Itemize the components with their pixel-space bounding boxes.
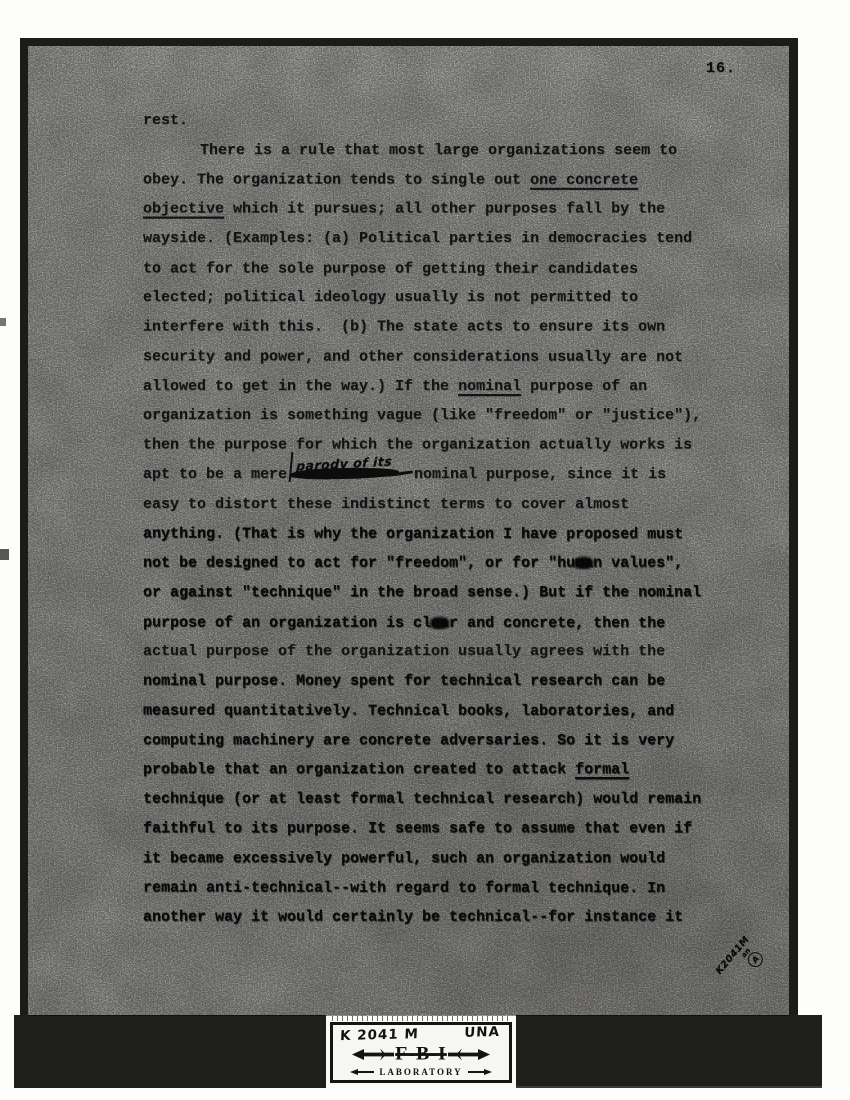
text-line: probable that an organization created to…	[143, 755, 723, 785]
scan-edge-mark	[0, 318, 6, 326]
text-line: organization is something vague (like "f…	[143, 401, 723, 431]
underlined-text: nominal	[458, 378, 521, 395]
stamp-specimen-id: K 2041 M UNA	[336, 1024, 507, 1044]
text-line: There is a rule that most large organiza…	[143, 136, 723, 166]
arrow-right-icon	[448, 1047, 490, 1062]
laboratory-text: LABORATORY	[379, 1067, 462, 1077]
text-line: elected; political ideology usually is n…	[143, 283, 723, 313]
small-arrow-left-icon	[350, 1068, 374, 1076]
text-line: not be designed to act for "freedom", or…	[143, 548, 723, 578]
stamp-id-left: K 2041 M	[340, 1026, 420, 1044]
text-segment: then the purpose for which the organizat…	[143, 436, 692, 453]
text-line: technique (or at least formal technical …	[143, 784, 723, 814]
ink-blotted-text: ma	[575, 554, 593, 571]
text-line: interfere with this. (b) The state acts …	[143, 312, 723, 342]
text-segment: allowed to get in the way.) If the	[143, 378, 458, 395]
text-line: obey. The organization tends to single o…	[143, 165, 723, 195]
text-line: then the purpose for which the organizat…	[143, 430, 723, 460]
text-segment: apt to be a mere	[143, 466, 287, 483]
text-line: security and power, and other considerat…	[143, 342, 723, 372]
text-line: purpose of an organization is clear and …	[143, 608, 723, 638]
text-segment: another way it would certainly be techni…	[143, 908, 683, 925]
underlined-text: formal	[575, 761, 629, 778]
text-segment: easy to distort these indistinct terms t…	[143, 496, 629, 513]
text-segment: elected; political ideology usually is n…	[143, 289, 638, 306]
text-line: computing machinery are concrete adversa…	[143, 726, 723, 756]
scanned-page-frame: 16. rest.There is a rule that most large…	[20, 38, 798, 1016]
small-arrow-right-icon	[468, 1068, 492, 1076]
text-segment: to act for the sole purpose of getting t…	[143, 260, 638, 278]
text-segment: faithful to its purpose. It seems safe t…	[143, 820, 692, 837]
text-segment: it became excessively powerful, such an …	[143, 850, 665, 867]
fbi-text: F-B-I	[395, 1043, 447, 1065]
scan-edge-mark	[0, 549, 9, 560]
text-line: rest.	[143, 106, 723, 136]
text-line: faithful to its purpose. It seems safe t…	[143, 814, 723, 844]
text-segment: computing machinery are concrete adversa…	[143, 732, 674, 749]
text-segment: actual purpose of the organization usual…	[143, 643, 665, 660]
text-line: easy to distort these indistinct terms t…	[143, 490, 723, 520]
text-segment: or against "technique" in the broad sens…	[143, 584, 701, 601]
bottom-black-band-right	[516, 1015, 822, 1088]
text-line: measured quantitatively. Technical books…	[143, 696, 723, 726]
stamp-id-right: UNA	[464, 1024, 500, 1041]
text-line: nominal purpose. Money spent for technic…	[143, 666, 723, 696]
text-line: objective which it pursues; all other pu…	[143, 194, 723, 224]
page-number: 16.	[706, 60, 736, 77]
text-line: or against "technique" in the broad sens…	[143, 578, 723, 608]
text-segment: purpose of an organization is cl	[143, 614, 431, 631]
paper: 16. rest.There is a rule that most large…	[28, 46, 789, 1016]
text-segment: r and concrete, then the	[449, 614, 665, 631]
text-line: another way it would certainly be techni…	[143, 902, 723, 932]
text-line: actual purpose of the organization usual…	[143, 637, 723, 667]
text-line: wayside. (Examples: (a) Political partie…	[143, 224, 723, 254]
bottom-black-band-left	[14, 1015, 326, 1088]
text-segment: technique (or at least formal technical …	[143, 790, 701, 807]
underlined-text: objective	[143, 200, 224, 217]
text-segment: which it pursues; all other purposes fal…	[224, 200, 665, 217]
stamp-unit-row: LABORATORY	[336, 1067, 506, 1078]
text-segment: probable that an organization created to…	[143, 761, 575, 778]
text-segment: organization is something vague (like "f…	[143, 407, 701, 424]
typewritten-text: rest.There is a rule that most large org…	[143, 106, 723, 932]
text-line: to act for the sole purpose of getting t…	[143, 254, 723, 284]
handwritten-corner-note: K2041M an A	[714, 934, 769, 991]
text-line: allowed to get in the way.) If the nomin…	[143, 372, 723, 402]
ink-blotted-text: ea	[431, 614, 449, 631]
text-segment: interfere with this. (b) The state acts …	[143, 318, 665, 335]
ruler-ticks	[332, 1016, 510, 1021]
text-segment: rest.	[143, 112, 188, 129]
text-segment: obey. The organization tends to single o…	[143, 171, 530, 188]
text-line: apt to be a mereparody of its nominal pu…	[143, 460, 723, 490]
text-line: remain anti-technical--with regard to fo…	[143, 873, 723, 903]
text-segment: purpose of an	[521, 378, 647, 395]
text-segment: wayside. (Examples: (a) Political partie…	[143, 230, 692, 247]
stamp-agency-row: F-B-I	[336, 1043, 506, 1066]
text-segment: n values",	[593, 554, 683, 571]
text-line: it became excessively powerful, such an …	[143, 844, 723, 874]
arrow-left-icon	[352, 1047, 394, 1062]
text-segment: not be designed to act for "freedom", or…	[143, 554, 575, 571]
text-segment: There is a rule that most large organiza…	[200, 142, 677, 159]
text-segment: remain anti-technical--with regard to fo…	[143, 879, 665, 897]
underlined-text: one concrete	[530, 172, 638, 189]
text-segment: nominal purpose, since it is	[405, 466, 666, 483]
crossed-out-text: parody of its	[287, 465, 405, 479]
text-segment: anything. (That is why the organization …	[143, 525, 683, 543]
text-segment: measured quantitatively. Technical books…	[143, 702, 674, 720]
text-line: anything. (That is why the organization …	[143, 519, 723, 549]
handwritten-insertion: parody of its	[295, 446, 393, 481]
fbi-lab-stamp: K 2041 M UNA F-B-I LABORATORY	[330, 1022, 512, 1083]
text-segment: security and power, and other considerat…	[143, 348, 683, 366]
fbi-stamp-area: K 2041 M UNA F-B-I LABORATORY	[326, 1015, 516, 1088]
text-segment: nominal purpose. Money spent for technic…	[143, 672, 665, 689]
